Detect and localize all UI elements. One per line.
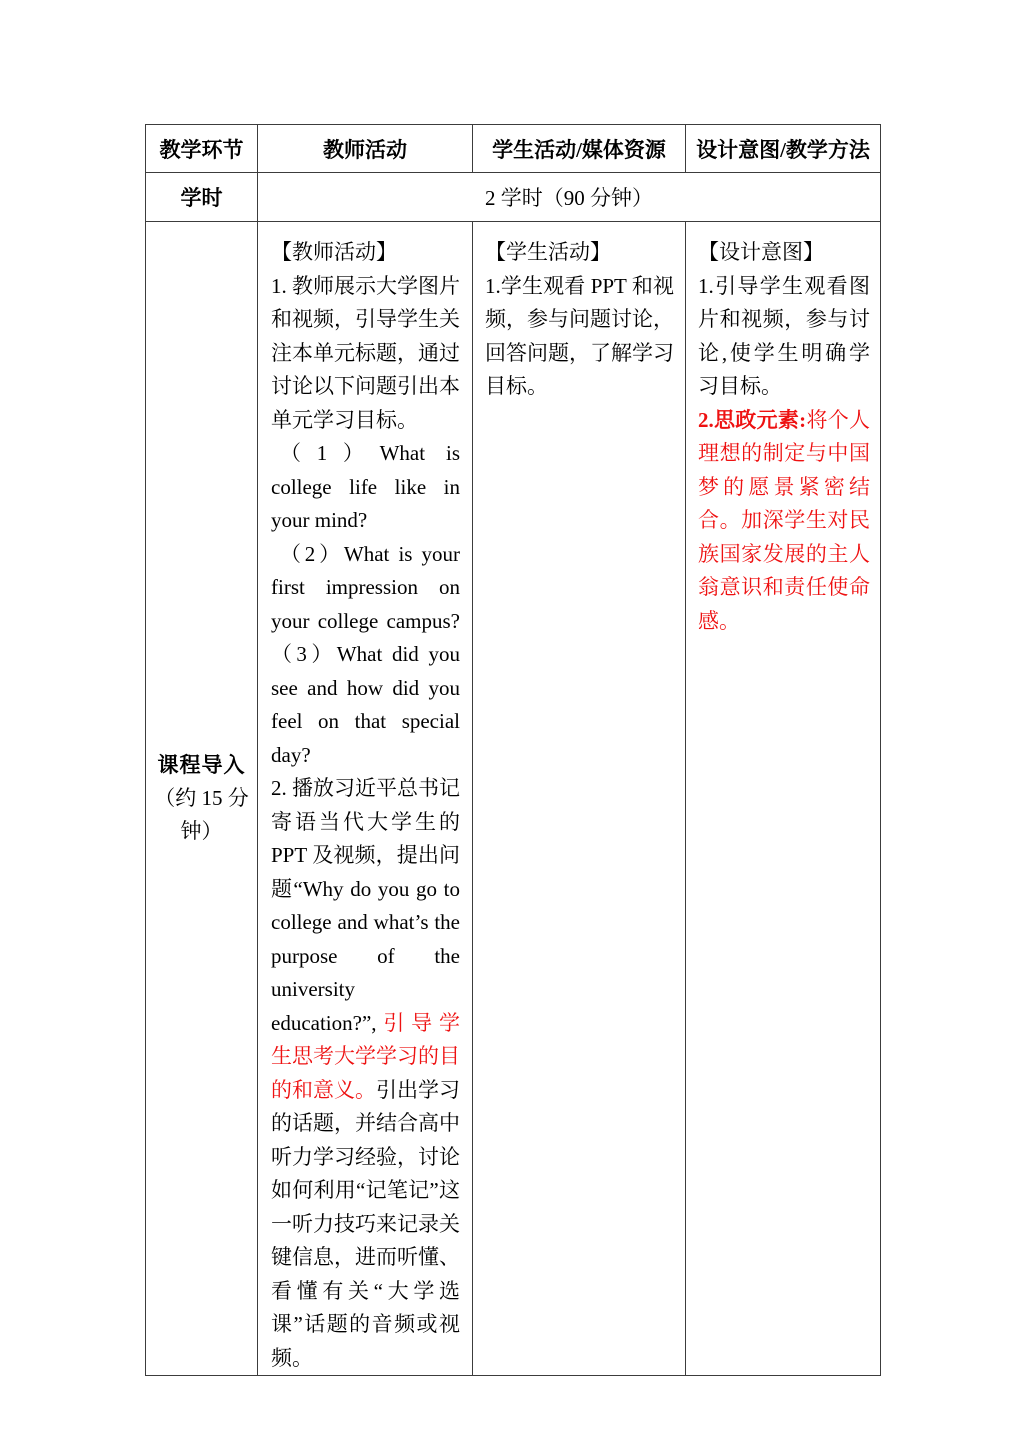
teacher-activity-item-2: 2. 播放习近平总书记寄语当代大学生的 PPT 及视频，提出问题“Why do … xyxy=(271,772,460,1375)
lesson-plan-table: 教学环节 教师活动 学生活动/媒体资源 设计意图/教学方法 学时 2 学时（90… xyxy=(145,124,881,1376)
student-activity-item-1: 1.学生观看 PPT 和视频，参与问题讨论，回答问题，了解学习目标。 xyxy=(485,270,674,404)
teacher-question-1: （1）What is college life like in your min… xyxy=(271,437,460,538)
header-teacher-activity: 教师活动 xyxy=(258,125,473,173)
teacher-activity-item-1: 1. 教师展示大学图片和视频，引导学生关注本单元标题，通过讨论以下问题引出本单元… xyxy=(271,270,460,438)
header-design-intent-method: 设计意图/教学方法 xyxy=(686,125,881,173)
design-intent-heading: 【设计意图】 xyxy=(698,236,870,270)
teacher-question-2-3: （2）What is your first impression on your… xyxy=(271,538,460,773)
lesson-intro-row: 课程导入 （约 15 分钟） 【教师活动】 1. 教师展示大学图片和视频，引导学… xyxy=(146,222,881,1376)
stage-duration: （约 15 分钟） xyxy=(152,782,251,848)
stage-title: 课程导入 xyxy=(152,749,251,782)
header-student-activity-media: 学生活动/媒体资源 xyxy=(473,125,686,173)
design-intent-cell: 【设计意图】 1.引导学生观看图片和视频，参与讨论,使学生明确学习目标。 2.思… xyxy=(686,222,881,1376)
design-intent-item-2-ideology: 2.思政元素:将个人理想的制定与中国梦的愿景紧密结合。加深学生对民族国家发展的主… xyxy=(698,404,870,639)
student-activity-heading: 【学生活动】 xyxy=(485,236,674,270)
stage-cell: 课程导入 （约 15 分钟） xyxy=(146,222,258,1376)
teacher-activity-cell: 【教师活动】 1. 教师展示大学图片和视频，引导学生关注本单元标题，通过讨论以下… xyxy=(258,222,473,1376)
hours-row: 学时 2 学时（90 分钟） xyxy=(146,173,881,222)
header-row: 教学环节 教师活动 学生活动/媒体资源 设计意图/教学方法 xyxy=(146,125,881,173)
design-intent-item-1: 1.引导学生观看图片和视频，参与讨论,使学生明确学习目标。 xyxy=(698,270,870,404)
header-teaching-stage: 教学环节 xyxy=(146,125,258,173)
hours-label: 学时 xyxy=(146,173,258,222)
student-activity-cell: 【学生活动】 1.学生观看 PPT 和视频，参与问题讨论，回答问题，了解学习目标… xyxy=(473,222,686,1376)
teacher-activity-heading: 【教师活动】 xyxy=(271,236,460,270)
hours-value: 2 学时（90 分钟） xyxy=(258,173,881,222)
